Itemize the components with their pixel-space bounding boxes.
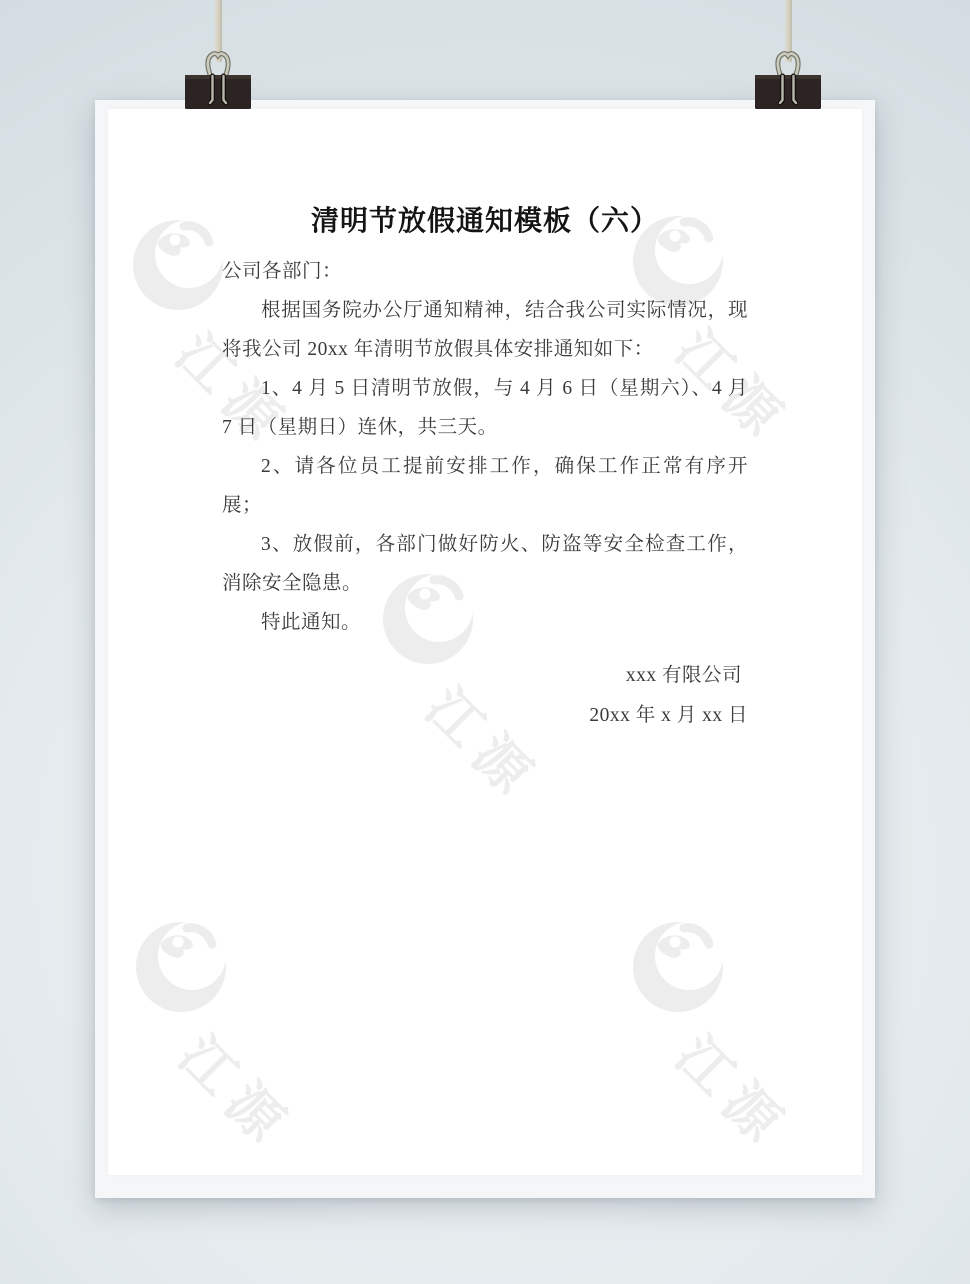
binder-clip-left: [183, 47, 253, 110]
poster-mockup-scene: 江源 江源 江源: [0, 0, 970, 1284]
watermark: 江源: [632, 921, 862, 1171]
notice-item-3: 3、放假前，各部门做好防火、防盗等安全检查工作，消除安全隐患。: [222, 525, 748, 603]
signature-company: xxx 有限公司: [222, 656, 748, 696]
watermark-logo-icon: [632, 921, 724, 1013]
notice-item-2: 2、请各位员工提前安排工作，确保工作正常有序开展；: [222, 447, 748, 525]
notice-item-1: 1、4 月 5 日清明节放假，与 4 月 6 日（星期六）、4 月 7 日（星期…: [222, 369, 748, 447]
notice-title: 清明节放假通知模板（六）: [222, 204, 748, 238]
watermark-brand-text: 江源: [662, 1016, 810, 1164]
watermark: 江源: [135, 921, 385, 1171]
notice-salutation: 公司各部门：: [222, 252, 748, 291]
watermark-brand-text: 江源: [165, 1016, 313, 1164]
notice-intro: 根据国务院办公厅通知精神，结合我公司实际情况，现将我公司 20xx 年清明节放假…: [222, 291, 748, 369]
signature-date: 20xx 年 x 月 xx 日: [222, 696, 748, 736]
watermark-logo-icon: [135, 921, 227, 1013]
notice-document: 清明节放假通知模板（六） 公司各部门： 根据国务院办公厅通知精神，结合我公司实际…: [108, 109, 862, 736]
signature-block: xxx 有限公司 20xx 年 x 月 xx 日: [222, 656, 748, 736]
binder-clip-right: [753, 47, 823, 110]
notice-page: 江源 江源 江源: [108, 109, 862, 1175]
paper-board: 江源 江源 江源: [95, 100, 875, 1198]
notice-closing: 特此通知。: [222, 603, 748, 642]
